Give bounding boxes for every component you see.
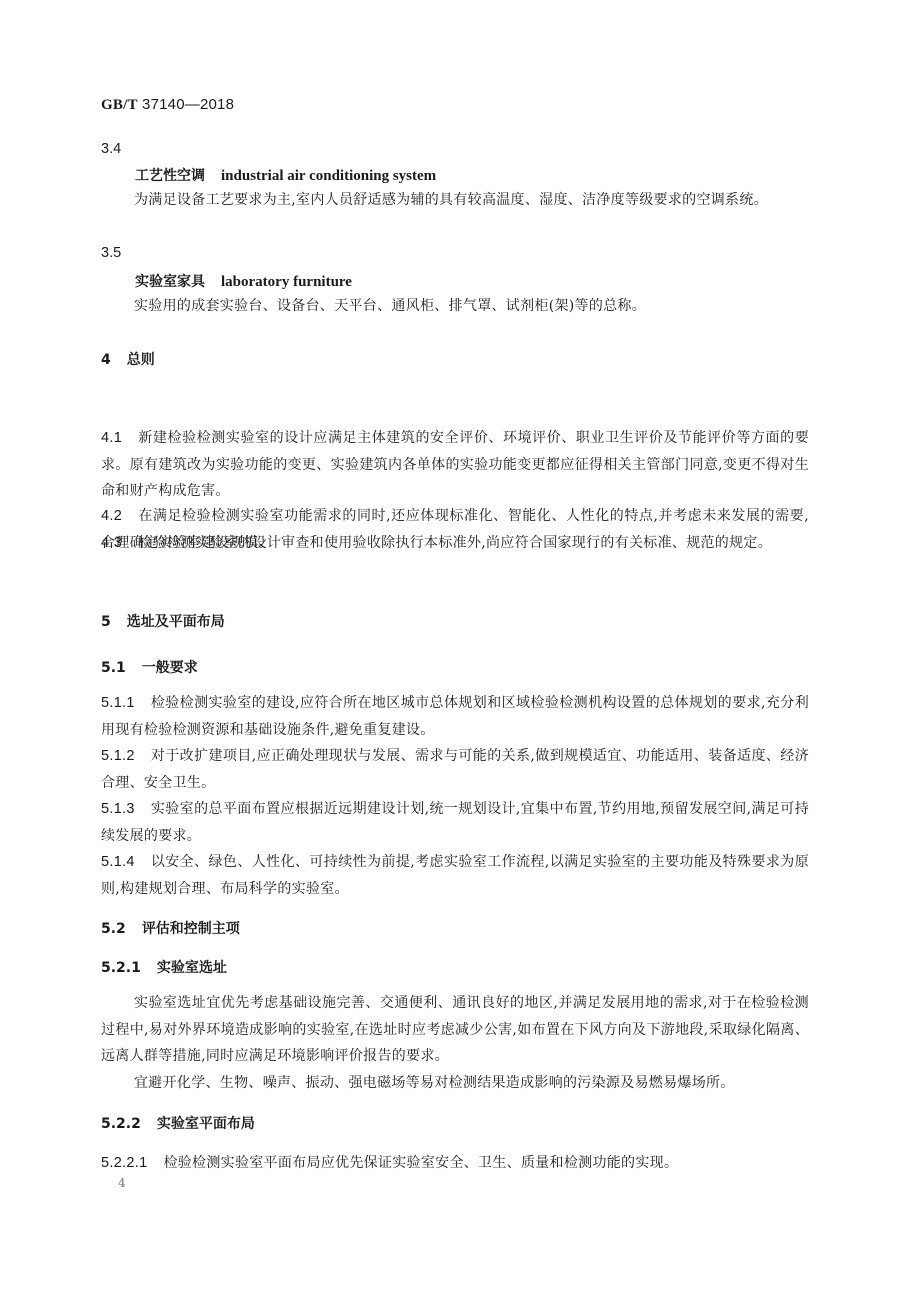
paragraph-5-2-1-a: 实验室选址宜优先考虑基础设施完善、交通便利、通讯良好的地区,并满足发展用地的需求… xyxy=(101,990,809,1070)
term-heading-3-5: 实验室家具laboratory furniture xyxy=(135,271,352,291)
clause-text: 新建检验检测实验室的设计应满足主体建筑的安全评价、环境评价、职业卫生评价及节能评… xyxy=(101,430,809,499)
clause-number: 4.3 xyxy=(101,535,122,551)
section-heading-5-2-1: 5.2.1实验室选址 xyxy=(101,957,227,977)
clause-5-1-1: 5.1.1检验检测实验室的建设,应符合所在地区城市总体规划和区域检验检测机构设置… xyxy=(101,690,809,743)
clause-text: 检验检测实验室平面布局应优先保证实验室安全、卫生、质量和检测功能的实现。 xyxy=(163,1155,678,1171)
section-number: 5.1 xyxy=(101,660,126,676)
clause-number: 5.1.1 xyxy=(101,695,135,711)
section-number: 5.2 xyxy=(101,921,126,937)
section-title: 总则 xyxy=(127,352,155,368)
clause-5-1-3: 5.1.3实验室的总平面布置应根据近远期建设计划,统一规划设计,宜集中布置,节约… xyxy=(101,796,809,849)
standard-prefix: GB/T xyxy=(101,97,138,113)
section-number: 5.2.2 xyxy=(101,1116,141,1132)
section-title: 一般要求 xyxy=(142,660,198,676)
clause-5-1-4: 5.1.4以安全、绿色、人性化、可持续性为前提,考虑实验室工作流程,以满足实验室… xyxy=(101,849,809,902)
section-number: 5.2.1 xyxy=(101,960,141,976)
standard-header: GB/T 37140—2018 xyxy=(101,96,234,114)
clause-number: 5.1.3 xyxy=(101,801,135,817)
clause-number: 5.1.4 xyxy=(101,854,135,870)
term-en: industrial air conditioning system xyxy=(221,168,436,184)
section-heading-4: 4总则 xyxy=(101,349,155,369)
clause-text: 检验检测实验室的设计审查和使用验收除执行本标准外,尚应符合国家现行的有关标准、规… xyxy=(138,535,772,551)
term-heading-3-4: 工艺性空调industrial air conditioning system xyxy=(135,165,436,185)
section-number: 5 xyxy=(101,614,111,630)
clause-4-1: 4.1新建检验检测实验室的设计应满足主体建筑的安全评价、环境评价、职业卫生评价及… xyxy=(101,425,809,505)
section-heading-5-1: 5.1一般要求 xyxy=(101,657,198,677)
term-en: laboratory furniture xyxy=(221,274,352,290)
section-number: 4 xyxy=(101,352,111,368)
clause-number-3-5: 3.5 xyxy=(101,245,121,261)
clause-number-3-4: 3.4 xyxy=(101,141,121,157)
clause-number: 4.2 xyxy=(101,508,122,524)
section-title: 实验室选址 xyxy=(157,960,227,976)
page-number: 4 xyxy=(118,1176,126,1190)
section-heading-5-2: 5.2评估和控制主项 xyxy=(101,918,240,938)
term-zh: 工艺性空调 xyxy=(135,168,205,184)
definition-3-4: 为满足设备工艺要求为主,室内人员舒适感为辅的具有较高温度、湿度、洁净度等级要求的… xyxy=(101,187,809,214)
section-heading-5: 5选址及平面布局 xyxy=(101,611,225,631)
clause-text: 实验室的总平面布置应根据近远期建设计划,统一规划设计,宜集中布置,节约用地,预留… xyxy=(101,801,809,844)
clause-5-1-2: 5.1.2对于改扩建项目,应正确处理现状与发展、需求与可能的关系,做到规模适宜、… xyxy=(101,743,809,796)
section-title: 评估和控制主项 xyxy=(142,921,240,937)
standard-number: 37140—2018 xyxy=(142,96,234,113)
section-title: 选址及平面布局 xyxy=(127,614,225,630)
clause-text: 以安全、绿色、人性化、可持续性为前提,考虑实验室工作流程,以满足实验室的主要功能… xyxy=(101,854,809,897)
clause-number: 5.2.2.1 xyxy=(101,1155,147,1171)
clause-text: 对于改扩建项目,应正确处理现状与发展、需求与可能的关系,做到规模适宜、功能适用、… xyxy=(101,748,809,791)
clause-number: 4.1 xyxy=(101,430,122,446)
definition-3-5: 实验用的成套实验台、设备台、天平台、通风柜、排气罩、试剂柜(架)等的总称。 xyxy=(101,293,809,320)
clause-number: 5.1.2 xyxy=(101,748,135,764)
clause-5-2-2-1: 5.2.2.1检验检测实验室平面布局应优先保证实验室安全、卫生、质量和检测功能的… xyxy=(101,1150,809,1177)
clause-text: 检验检测实验室的建设,应符合所在地区城市总体规划和区域检验检测机构设置的总体规划… xyxy=(101,695,809,738)
term-zh: 实验室家具 xyxy=(135,274,205,290)
section-heading-5-2-2: 5.2.2实验室平面布局 xyxy=(101,1113,255,1133)
paragraph-5-2-1-b: 宜避开化学、生物、噪声、振动、强电磁场等易对检测结果造成影响的污染源及易燃易爆场… xyxy=(101,1070,809,1097)
clause-4-3: 4.3检验检测实验室的设计审查和使用验收除执行本标准外,尚应符合国家现行的有关标… xyxy=(101,530,809,557)
section-title: 实验室平面布局 xyxy=(157,1116,255,1132)
